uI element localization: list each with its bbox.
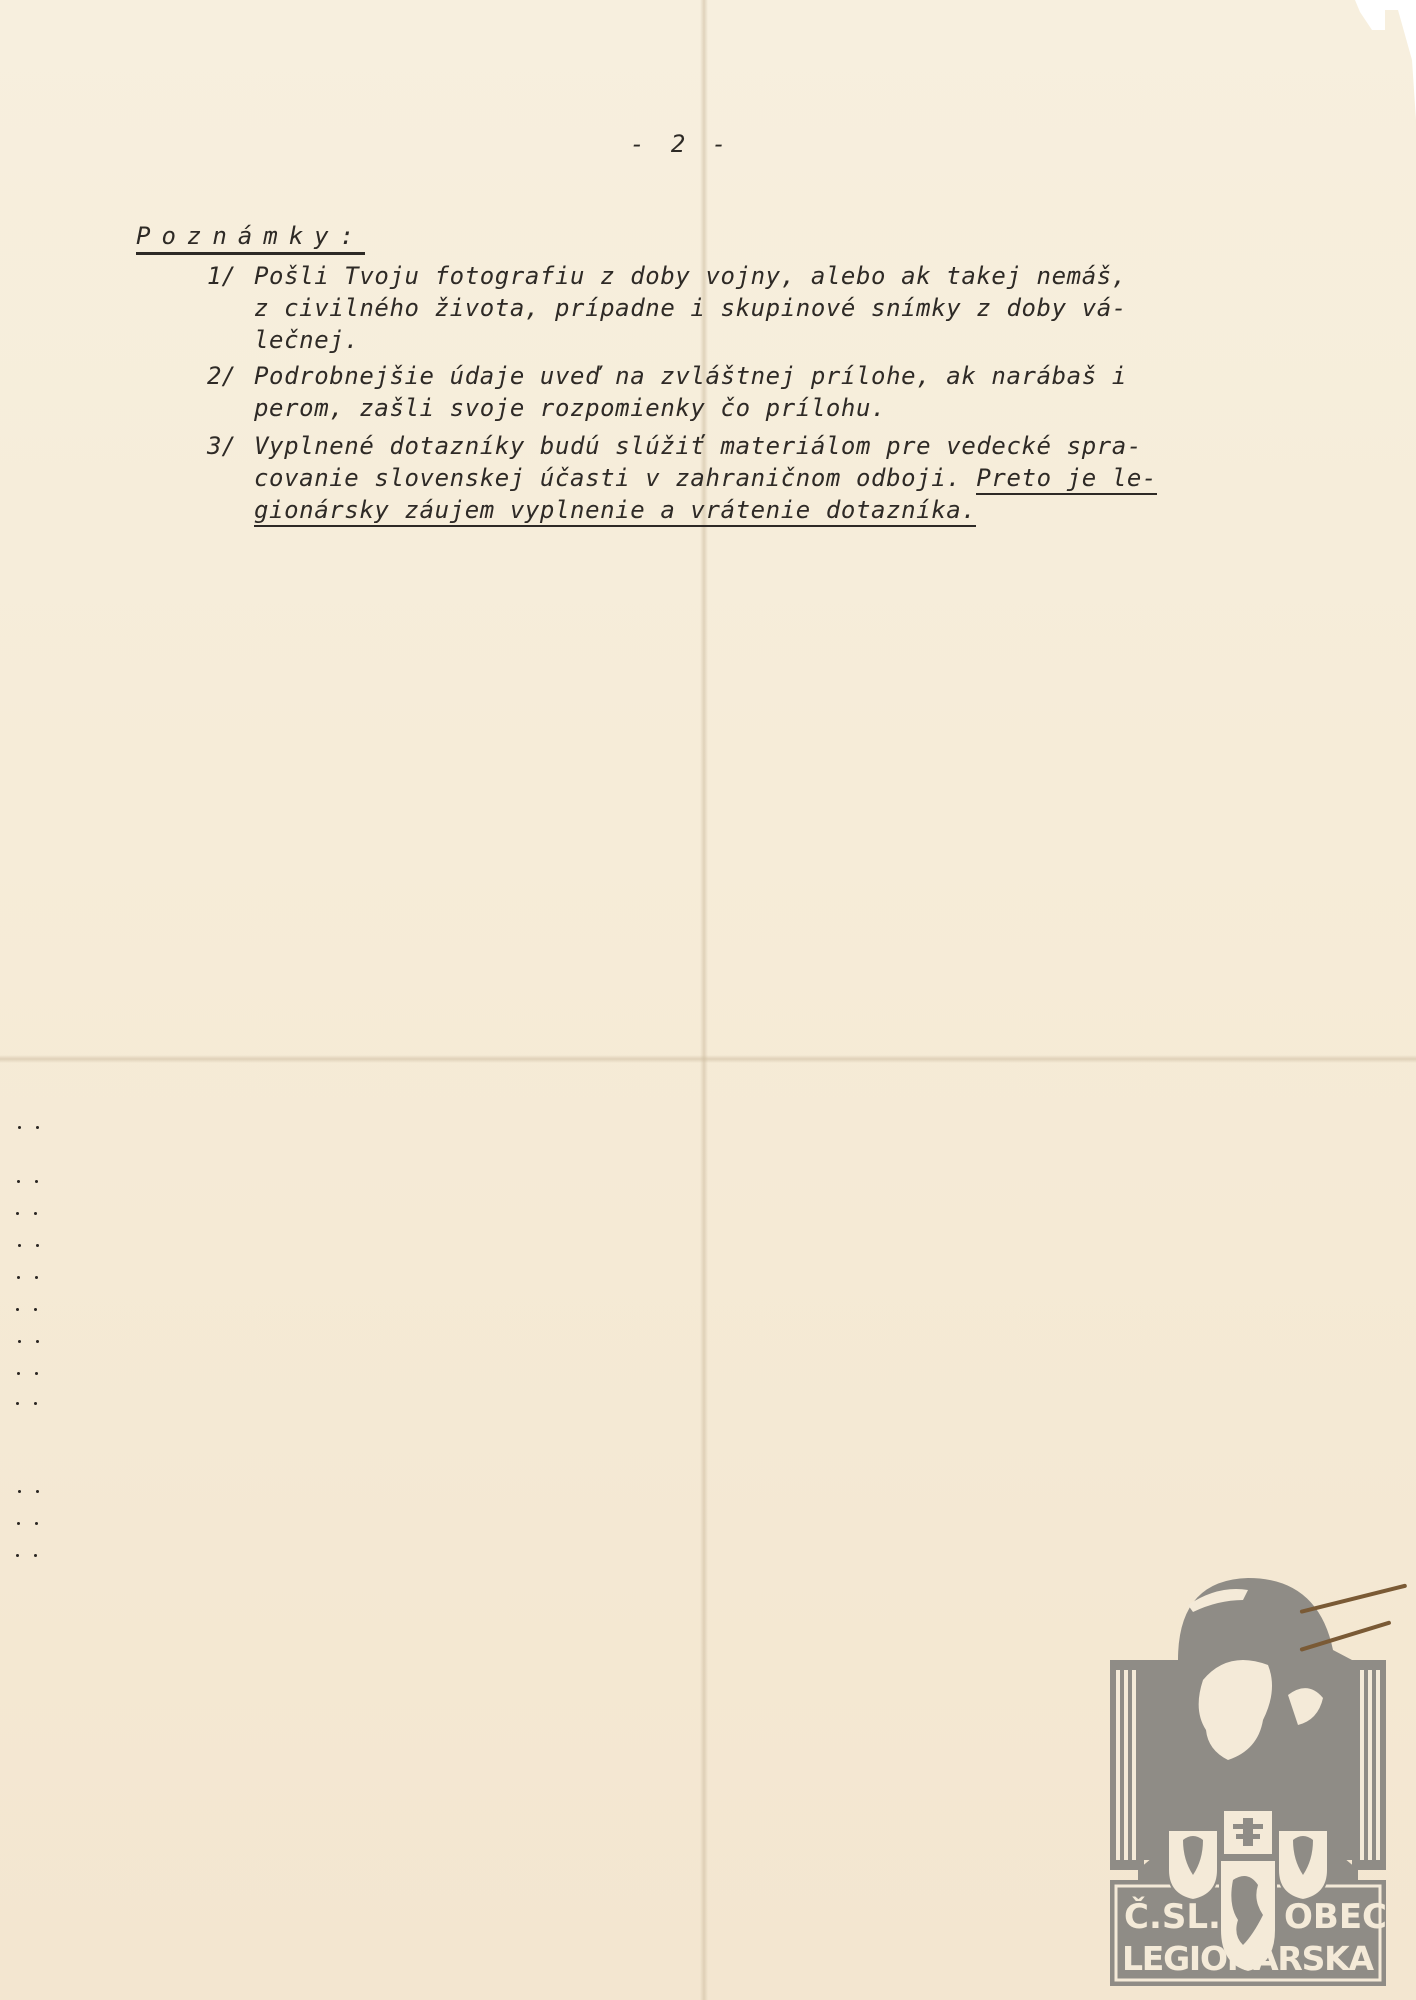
note-line: Vyplnené dotazníky budú slúžiť materiálo… — [254, 432, 1142, 460]
margin-dot — [16, 1308, 19, 1311]
note-line: Pošli Tvoju fotografiu z doby vojny, ale… — [254, 262, 1127, 290]
margin-dot — [16, 1212, 19, 1215]
note-line: covanie slovenskej účasti v zahraničnom … — [254, 464, 1157, 492]
svg-text:Č.SL.: Č.SL. — [1124, 1896, 1221, 1937]
margin-dot — [17, 1522, 20, 1525]
margin-dot — [16, 1554, 19, 1557]
underlined-text: Preto je le- — [976, 464, 1157, 495]
note-line: Podrobnejšie údaje uveď na zvláštnej prí… — [254, 362, 1127, 390]
margin-dot — [35, 1522, 38, 1525]
underlined-text: gionársky záujem vyplnenie a vrátenie do… — [254, 496, 976, 527]
svg-text:OBEC: OBEC — [1284, 1897, 1387, 1937]
notes-heading: Poznámky: — [136, 222, 365, 255]
note-line-text: covanie slovenskej účasti v zahraničnom … — [254, 464, 976, 492]
margin-dot — [17, 1180, 20, 1183]
note-number: 3/ — [207, 432, 236, 460]
margin-dot — [16, 1402, 19, 1405]
margin-dot — [36, 1490, 39, 1493]
horizontal-fold-crease — [0, 1055, 1416, 1063]
margin-dot — [34, 1554, 37, 1557]
margin-dot — [36, 1244, 39, 1247]
margin-dot — [35, 1372, 38, 1375]
margin-dot — [34, 1212, 37, 1215]
margin-dot — [35, 1276, 38, 1279]
margin-dot — [17, 1276, 20, 1279]
margin-dot — [35, 1180, 38, 1183]
note-line: z civilného života, prípadne i skupinové… — [254, 294, 1127, 322]
margin-dot — [34, 1402, 37, 1405]
margin-dot — [17, 1372, 20, 1375]
margin-dot — [18, 1340, 21, 1343]
page-number: - 2 - — [630, 130, 732, 158]
note-number: 1/ — [207, 262, 236, 290]
note-line: perom, zašli svoje rozpomienky čo príloh… — [254, 394, 886, 422]
note-number: 2/ — [207, 362, 236, 390]
note-line: lečnej. — [254, 326, 359, 354]
margin-dot — [36, 1126, 39, 1129]
margin-dot — [18, 1244, 21, 1247]
margin-dot — [18, 1490, 21, 1493]
margin-dot — [18, 1126, 21, 1129]
margin-dot — [36, 1340, 39, 1343]
margin-dot — [34, 1308, 37, 1311]
svg-text:LEGIONÁRSKA: LEGIONÁRSKA — [1122, 1938, 1374, 1978]
